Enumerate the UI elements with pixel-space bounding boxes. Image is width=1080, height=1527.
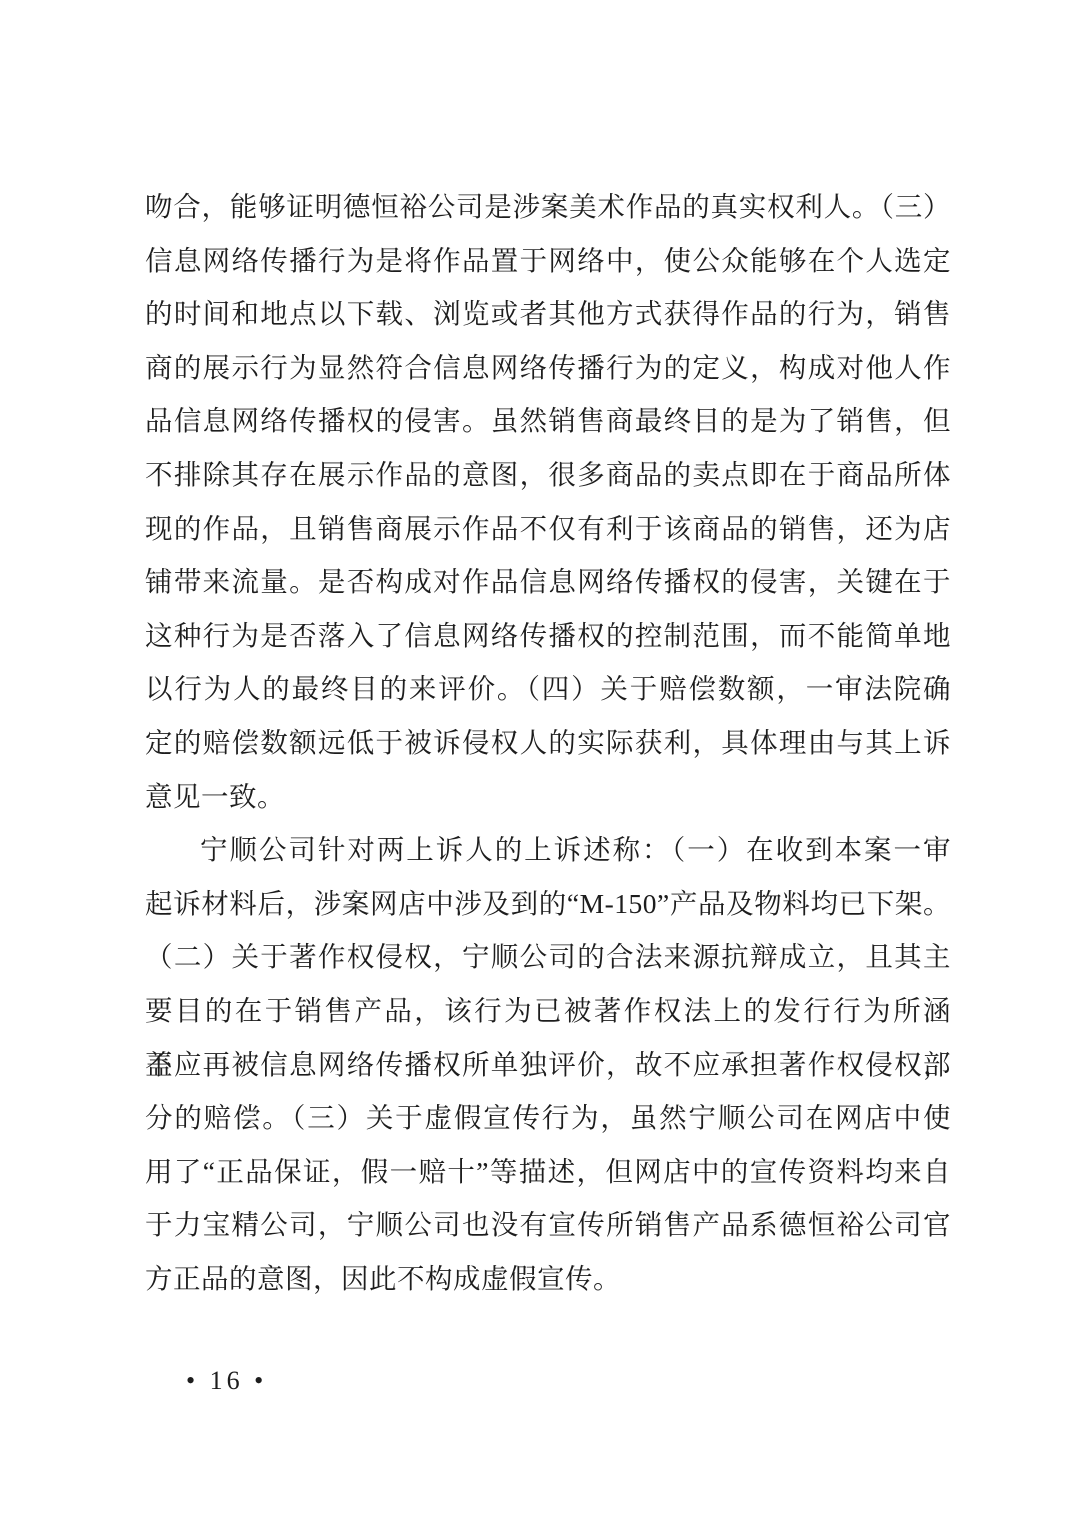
text-line: 现的作品，且销售商展示作品不仅有利于该商品的销售，还为店 bbox=[145, 502, 951, 556]
text-line: 铺带来流量。是否构成对作品信息网络传播权的侵害，关键在于 bbox=[145, 555, 951, 609]
paragraph-continuation: 吻合，能够证明德恒裕公司是涉案美术作品的真实权利人。（三） 信息网络传播行为是将… bbox=[145, 180, 951, 823]
document-page: 吻合，能够证明德恒裕公司是涉案美术作品的真实权利人。（三） 信息网络传播行为是将… bbox=[0, 0, 1080, 1527]
text-line: 要目的在于销售产品，该行为已被著作权法上的发行行为所涵盖， bbox=[145, 984, 951, 1038]
text-line: 信息网络传播行为是将作品置于网络中，使公众能够在个人选定 bbox=[145, 234, 951, 288]
text-line: 这种行为是否落入了信息网络传播权的控制范围，而不能简单地 bbox=[145, 609, 951, 663]
text-line: 不排除其存在展示作品的意图，很多商品的卖点即在于商品所体 bbox=[145, 448, 951, 502]
text-line: 商的展示行为显然符合信息网络传播行为的定义，构成对他人作 bbox=[145, 341, 951, 395]
text-line: 品信息网络传播权的侵害。虽然销售商最终目的是为了销售，但 bbox=[145, 394, 951, 448]
page-number: • 16 • bbox=[186, 1366, 267, 1396]
paragraph-response: 宁顺公司针对两上诉人的上诉述称：（一）在收到本案一审 起诉材料后，涉案网店中涉及… bbox=[145, 823, 951, 1305]
text-line: 定的赔偿数额远低于被诉侵权人的实际获利，具体理由与其上诉 bbox=[145, 716, 951, 770]
text-line: 方正品的意图，因此不构成虚假宣传。 bbox=[145, 1252, 951, 1306]
text-line: 的时间和地点以下载、浏览或者其他方式获得作品的行为，销售 bbox=[145, 287, 951, 341]
text-line: 起诉材料后，涉案网店中涉及到的“M-150”产品及物料均已下架。 bbox=[145, 877, 951, 931]
text-line: 不应再被信息网络传播权所单独评价，故不应承担著作权侵权部 bbox=[145, 1038, 951, 1092]
text-line: 于力宝精公司，宁顺公司也没有宣传所销售产品系德恒裕公司官 bbox=[145, 1198, 951, 1252]
text-line: 意见一致。 bbox=[145, 770, 951, 824]
text-line: 吻合，能够证明德恒裕公司是涉案美术作品的真实权利人。（三） bbox=[145, 180, 951, 234]
text-line: 用了“正品保证，假一赔十”等描述，但网店中的宣传资料均来自 bbox=[145, 1145, 951, 1199]
text-line: 宁顺公司针对两上诉人的上诉述称：（一）在收到本案一审 bbox=[145, 823, 951, 877]
text-line: 以行为人的最终目的来评价。（四）关于赔偿数额，一审法院确 bbox=[145, 662, 951, 716]
text-line: （二）关于著作权侵权，宁顺公司的合法来源抗辩成立，且其主 bbox=[145, 930, 951, 984]
text-line: 分的赔偿。（三）关于虚假宣传行为，虽然宁顺公司在网店中使 bbox=[145, 1091, 951, 1145]
page-body: 吻合，能够证明德恒裕公司是涉案美术作品的真实权利人。（三） 信息网络传播行为是将… bbox=[145, 180, 951, 1305]
